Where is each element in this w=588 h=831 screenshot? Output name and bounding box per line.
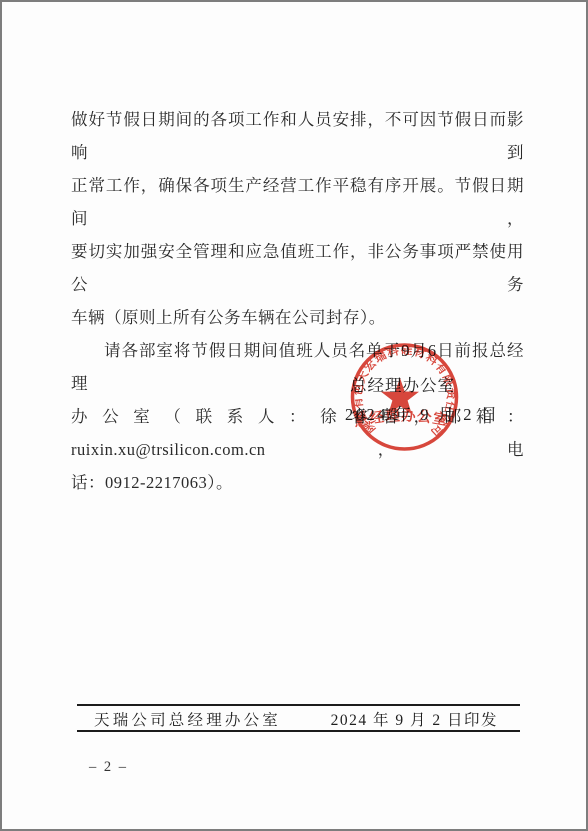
paragraph1-line4: 车辆（原则上所有公务车辆在公司封存）。: [71, 301, 524, 334]
footer-divider-bottom: [77, 730, 520, 732]
paragraph1-line3: 要切实加强安全管理和应急值班工作，非公务事项严禁使用公务: [71, 235, 524, 301]
paragraph1-line1: 做好节假日期间的各项工作和人员安排，不可因节假日而影响到: [71, 103, 524, 169]
footer-issuer: 天瑞公司总经理办公室: [94, 708, 281, 730]
paragraph1-line2: 正常工作，确保各项生产经营工作平稳有序开展。节假日期间，: [71, 169, 524, 235]
company-seal-stamp: 陕西有色天宏瑞科硅材料有限责任公司 总经理办公室: [347, 342, 462, 457]
footer-divider-top: [77, 704, 520, 706]
document-page: 做好节假日期间的各项工作和人员安排，不可因节假日而影响到 正常工作，确保各项生产…: [0, 0, 588, 831]
paragraph2-line3: 话：0912-2217063）。: [71, 466, 524, 499]
footer-print-date: 2024 年 9 月 2 日印发: [331, 708, 498, 730]
page-number: – 2 –: [89, 759, 128, 776]
